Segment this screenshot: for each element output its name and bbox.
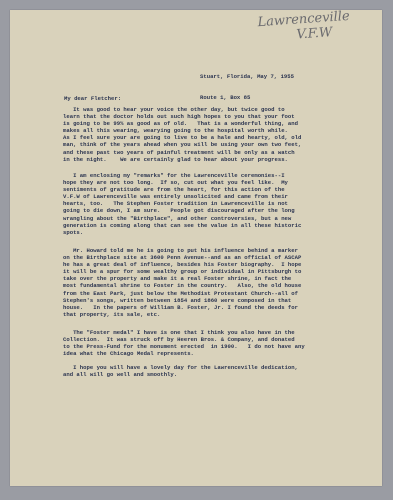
text-line: The "Foster medal" I have is one that I … [63,329,305,336]
text-line: idea what the Chicago Medal represents. [63,350,305,357]
text-line: most fundamental shrine to Foster in the… [63,282,301,289]
text-line: sentiments of gratitude are from the hea… [63,186,301,193]
text-line: Stephen's songs, written between 1854 an… [63,297,301,304]
text-line: I hope you will have a lovely day for th… [63,364,298,371]
text-line: learn that the doctor holds out such hig… [63,113,301,120]
letter-heading: Stuart, Florida, May 7, 1955 Route 1, Bo… [200,59,294,109]
text-line: going to die down, I am sure. People got… [63,207,301,214]
text-line: on the Birthplace site at 3600 Penn Aven… [63,254,301,261]
text-line: wrangling about the "Birthplace", and ot… [63,215,301,222]
date-line: Stuart, Florida, May 7, 1955 [200,73,294,80]
text-line: makes all this wearing, wearying going t… [63,127,301,134]
text-line: house. In the papers of William B. Foste… [63,304,301,311]
text-line: Mr. Howard told me he is going to put hi… [63,247,301,254]
text-line: in the night. We are certainly glad to h… [63,156,301,163]
address-line: Route 1, Box 85 [200,94,294,101]
paragraph: I am enclosing my "remarks" for the Lawr… [63,172,301,236]
text-line: As I feel sure your are going to live to… [63,134,301,141]
handwritten-annotation: Lawrenceville V.F.W [257,9,351,45]
text-line: that property, its sale, etc. [63,311,301,318]
text-line: Collection. It was struck off by Heeren … [63,336,305,343]
text-line: it will be a spur for some wealthy group… [63,268,301,275]
text-line: and all will go well and smoothly. [63,371,298,378]
text-line: generation is coming along that can see … [63,222,301,229]
text-line: man, think of the years ahead when you w… [63,141,301,148]
text-line: spots. [63,229,301,236]
text-line: and these past two years of painful trea… [63,149,301,156]
text-line: It was good to hear your voice the other… [63,106,301,113]
text-line: hope they are not too long. If so, cut o… [63,179,301,186]
text-line: he has a great deal of influence, beside… [63,261,301,268]
text-line: is going to be 99% as good as of old. Th… [63,120,301,127]
text-line: hearts, too. The Stephen Foster traditio… [63,200,301,207]
text-line: to the Press-Fund for the monument erect… [63,343,305,350]
text-line: V.F.W of Lawrenceville was entirely unso… [63,193,301,200]
paragraph: I hope you will have a lovely day for th… [63,364,298,378]
text-line: I am enclosing my "remarks" for the Lawr… [63,172,301,179]
text-line: from the East Park, just below the Metho… [63,290,301,297]
salutation: My dear Fletcher: [64,95,121,102]
paragraph: Mr. Howard told me he is going to put hi… [63,247,301,318]
text-line: take over the property and make it a rea… [63,275,301,282]
paragraph: The "Foster medal" I have is one that I … [63,329,305,357]
paragraph: It was good to hear your voice the other… [63,106,301,163]
